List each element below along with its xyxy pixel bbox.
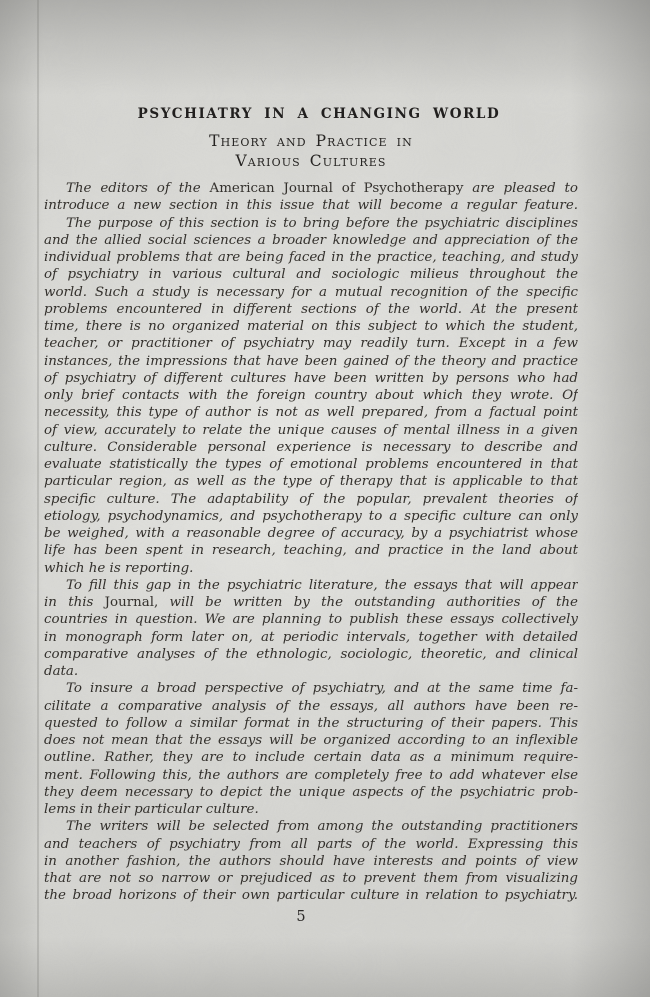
- text-line: time, there is no organized material on …: [44, 318, 578, 335]
- text-line: cilitate a comparative analysis of the e…: [44, 698, 578, 715]
- scan-shadow-bottom: [0, 937, 650, 997]
- article-body: The editors of the American Journal of P…: [44, 180, 578, 905]
- article-subtitle: Theory and Practice in Various Cultures: [44, 131, 578, 171]
- text-line: To fill this gap in the psychiatric lite…: [44, 577, 578, 594]
- text-line: countries in question. We are planning t…: [44, 611, 578, 628]
- text-line: does not mean that the essays will be or…: [44, 732, 578, 749]
- text-line: of psychiatry in various cultural and so…: [44, 266, 578, 283]
- text-line: in this Journal, will be written by the …: [44, 594, 578, 611]
- paragraph: The writers will be selected from among …: [44, 818, 578, 904]
- text-line: data.: [44, 663, 578, 680]
- text-line: To insure a broad perspective of psychia…: [44, 680, 578, 697]
- roman-type-phrase: American Journal of Psychotherapy: [210, 181, 464, 196]
- text-line: outline. Rather, they are to include cer…: [44, 749, 578, 766]
- text-line: instances, the impressions that have bee…: [44, 353, 578, 370]
- roman-type-phrase: Journal,: [105, 595, 159, 610]
- text-line: introduce a new section in this issue th…: [44, 197, 578, 214]
- text-line: specific culture. The adaptability of th…: [44, 491, 578, 508]
- text-line: which he is reporting.: [44, 560, 578, 577]
- text-line: teacher, or practitioner of psychiatry m…: [44, 335, 578, 352]
- scan-shadow-right: [570, 0, 650, 997]
- text-line: evaluate statistically the types of emot…: [44, 456, 578, 473]
- text-line: culture. Considerable personal experienc…: [44, 439, 578, 456]
- paragraph: To fill this gap in the psychiatric lite…: [44, 577, 578, 681]
- text-line: necessity, this type of author is not as…: [44, 404, 578, 421]
- article-title: PSYCHIATRY IN A CHANGING WORLD: [52, 106, 586, 122]
- text-line: that are not so narrow or prejudiced as …: [44, 870, 578, 887]
- page-fold-line: [37, 0, 39, 997]
- text-line: The purpose of this section is to bring …: [44, 215, 578, 232]
- page-number: 5: [34, 909, 568, 925]
- paragraph: To insure a broad perspective of psychia…: [44, 680, 578, 818]
- paragraph: The purpose of this section is to bring …: [44, 215, 578, 577]
- text-line: in monograph form later on, at periodic …: [44, 629, 578, 646]
- text-line: and teachers of psychiatry from all part…: [44, 836, 578, 853]
- text-line: only brief contacts with the foreign cou…: [44, 387, 578, 404]
- text-line: be weighed, with a reasonable degree of …: [44, 525, 578, 542]
- text-line: of view, accurately to relate the unique…: [44, 422, 578, 439]
- paragraph: The editors of the American Journal of P…: [44, 180, 578, 215]
- text-line: The editors of the American Journal of P…: [44, 180, 578, 197]
- text-line: life has been spent in research, teachin…: [44, 542, 578, 559]
- text-line: lems in their particular culture.: [44, 801, 578, 818]
- text-line: of psychiatry of different cultures have…: [44, 370, 578, 387]
- text-line: they deem necessary to depict the unique…: [44, 784, 578, 801]
- scan-shadow-top: [0, 0, 650, 95]
- subtitle-line-2: Various Cultures: [44, 151, 578, 171]
- text-line: and the allied social sciences a broader…: [44, 232, 578, 249]
- scanned-document-page: PSYCHIATRY IN A CHANGING WORLD Theory an…: [0, 0, 650, 997]
- page-content: PSYCHIATRY IN A CHANGING WORLD Theory an…: [44, 106, 578, 925]
- text-line: quested to follow a similar format in th…: [44, 715, 578, 732]
- text-line: The writers will be selected from among …: [44, 818, 578, 835]
- text-line: in another fashion, the authors should h…: [44, 853, 578, 870]
- text-line: individual problems that are being faced…: [44, 249, 578, 266]
- text-line: problems encountered in different sectio…: [44, 301, 578, 318]
- text-line: comparative analyses of the ethnologic, …: [44, 646, 578, 663]
- text-line: the broad horizons of their own particul…: [44, 887, 578, 904]
- text-line: etiology, psychodynamics, and psychother…: [44, 508, 578, 525]
- text-line: particular region, as well as the type o…: [44, 473, 578, 490]
- subtitle-line-1: Theory and Practice in: [44, 131, 578, 151]
- text-line: ment. Following this, the authors are co…: [44, 767, 578, 784]
- text-line: world. Such a study is necessary for a m…: [44, 284, 578, 301]
